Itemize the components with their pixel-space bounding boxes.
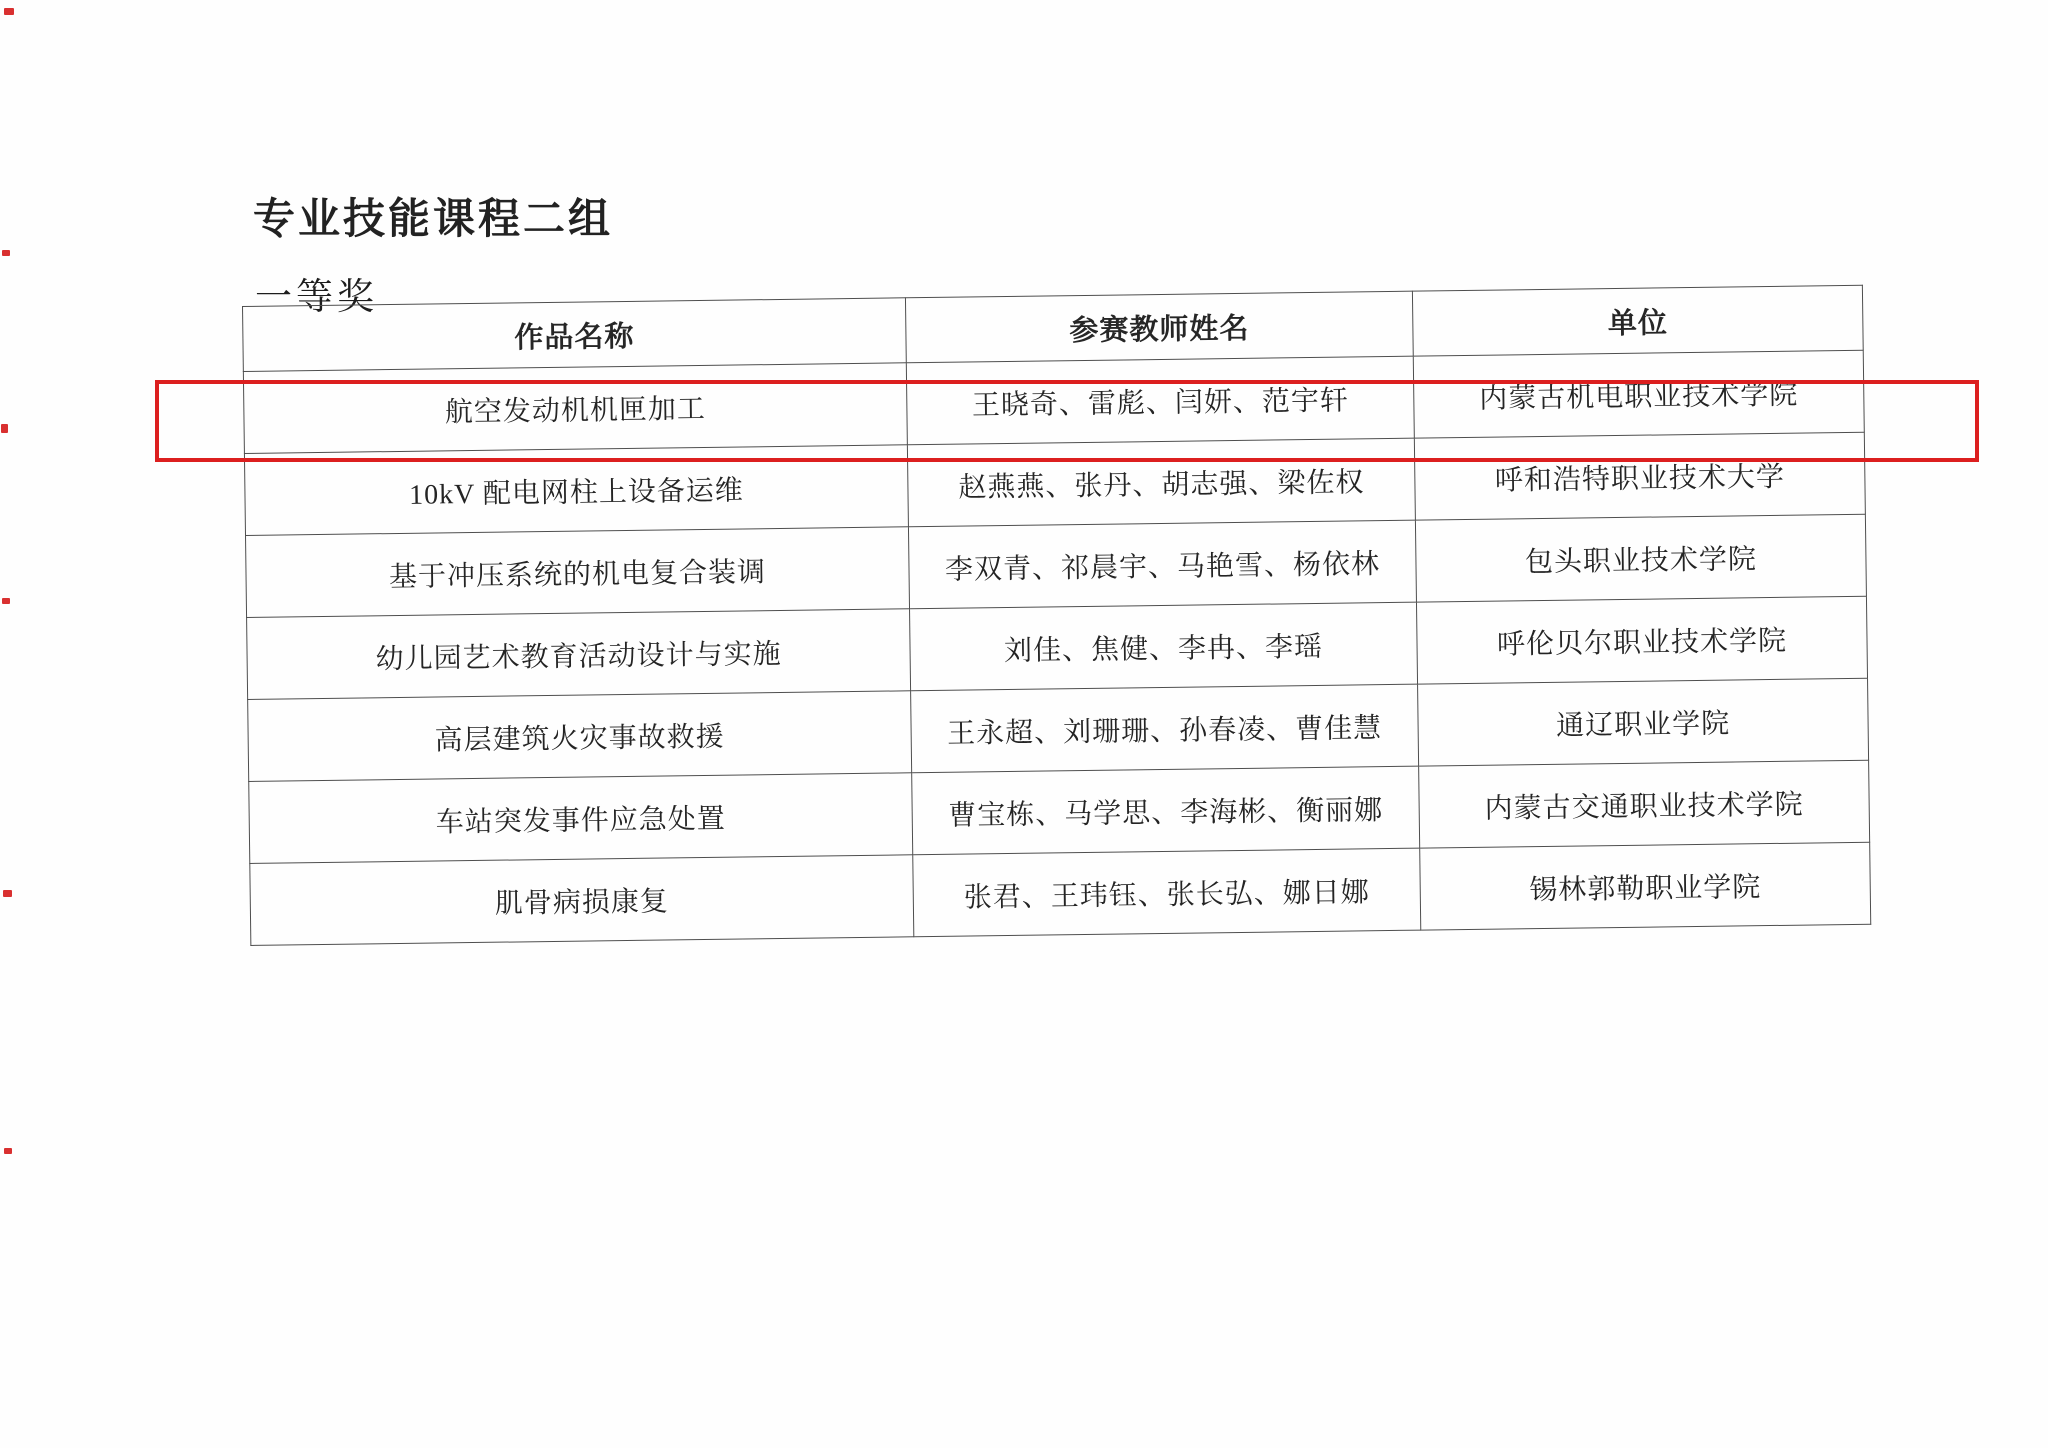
col-header-work-name: 作品名称	[243, 298, 907, 372]
teacher-names-cell: 张君、王玮钰、张长弘、娜日娜	[913, 848, 1421, 937]
awards-table: 作品名称 参赛教师姓名 单位 航空发动机机匣加工 王晓奇、雷彪、闫妍、范宇轩 内…	[242, 285, 1871, 946]
work-name-cell: 车站突发事件应急处置	[249, 773, 913, 864]
teacher-names-cell: 曹宝栋、马学思、李海彬、衡丽娜	[912, 766, 1420, 855]
work-name-cell: 航空发动机机匣加工	[243, 363, 907, 454]
page-title: 专业技能课程二组	[253, 186, 613, 246]
scanned-document-page: 专业技能课程二组 一等奖 作品名称 参赛教师姓名 单位 航空发动机机匣加工 王晓…	[0, 0, 2048, 1448]
unit-cell: 通辽职业学院	[1418, 678, 1869, 766]
teacher-names-cell: 李双青、祁晨宇、马艳雪、杨依林	[908, 520, 1416, 609]
work-name-cell: 10kV 配电网柱上设备运维	[244, 445, 908, 536]
awards-table-wrap: 作品名称 参赛教师姓名 单位 航空发动机机匣加工 王晓奇、雷彪、闫妍、范宇轩 内…	[242, 285, 1870, 946]
work-name-cell: 基于冲压系统的机电复合装调	[246, 527, 910, 618]
unit-cell: 内蒙古交通职业技术学院	[1419, 760, 1870, 848]
col-header-teacher-names: 参赛教师姓名	[905, 291, 1413, 363]
teacher-names-cell: 赵燕燕、张丹、胡志强、梁佐权	[907, 438, 1415, 527]
scan-artifact	[4, 8, 14, 15]
unit-cell: 呼伦贝尔职业技术学院	[1416, 596, 1867, 684]
unit-cell: 锡林郭勒职业学院	[1420, 842, 1871, 930]
scan-artifact	[3, 890, 12, 897]
table-body: 航空发动机机匣加工 王晓奇、雷彪、闫妍、范宇轩 内蒙古机电职业技术学院 10kV…	[243, 350, 1870, 945]
unit-cell: 呼和浩特职业技术大学	[1414, 432, 1865, 520]
unit-cell: 内蒙古机电职业技术学院	[1413, 350, 1864, 438]
unit-cell: 包头职业技术学院	[1415, 514, 1866, 602]
work-name-cell: 幼儿园艺术教育活动设计与实施	[247, 609, 911, 700]
col-header-unit: 单位	[1412, 285, 1863, 356]
teacher-names-cell: 刘佳、焦健、李冉、李瑶	[910, 602, 1418, 691]
work-name-cell: 高层建筑火灾事故救援	[248, 691, 912, 782]
work-name-cell: 肌骨病损康复	[250, 855, 914, 946]
teacher-names-cell: 王晓奇、雷彪、闫妍、范宇轩	[906, 356, 1414, 445]
scan-artifact	[2, 250, 10, 256]
scan-artifact	[1, 424, 8, 433]
teacher-names-cell: 王永超、刘珊珊、孙春凌、曹佳慧	[911, 684, 1419, 773]
scan-artifact	[4, 1148, 12, 1154]
scan-artifact	[2, 598, 10, 604]
